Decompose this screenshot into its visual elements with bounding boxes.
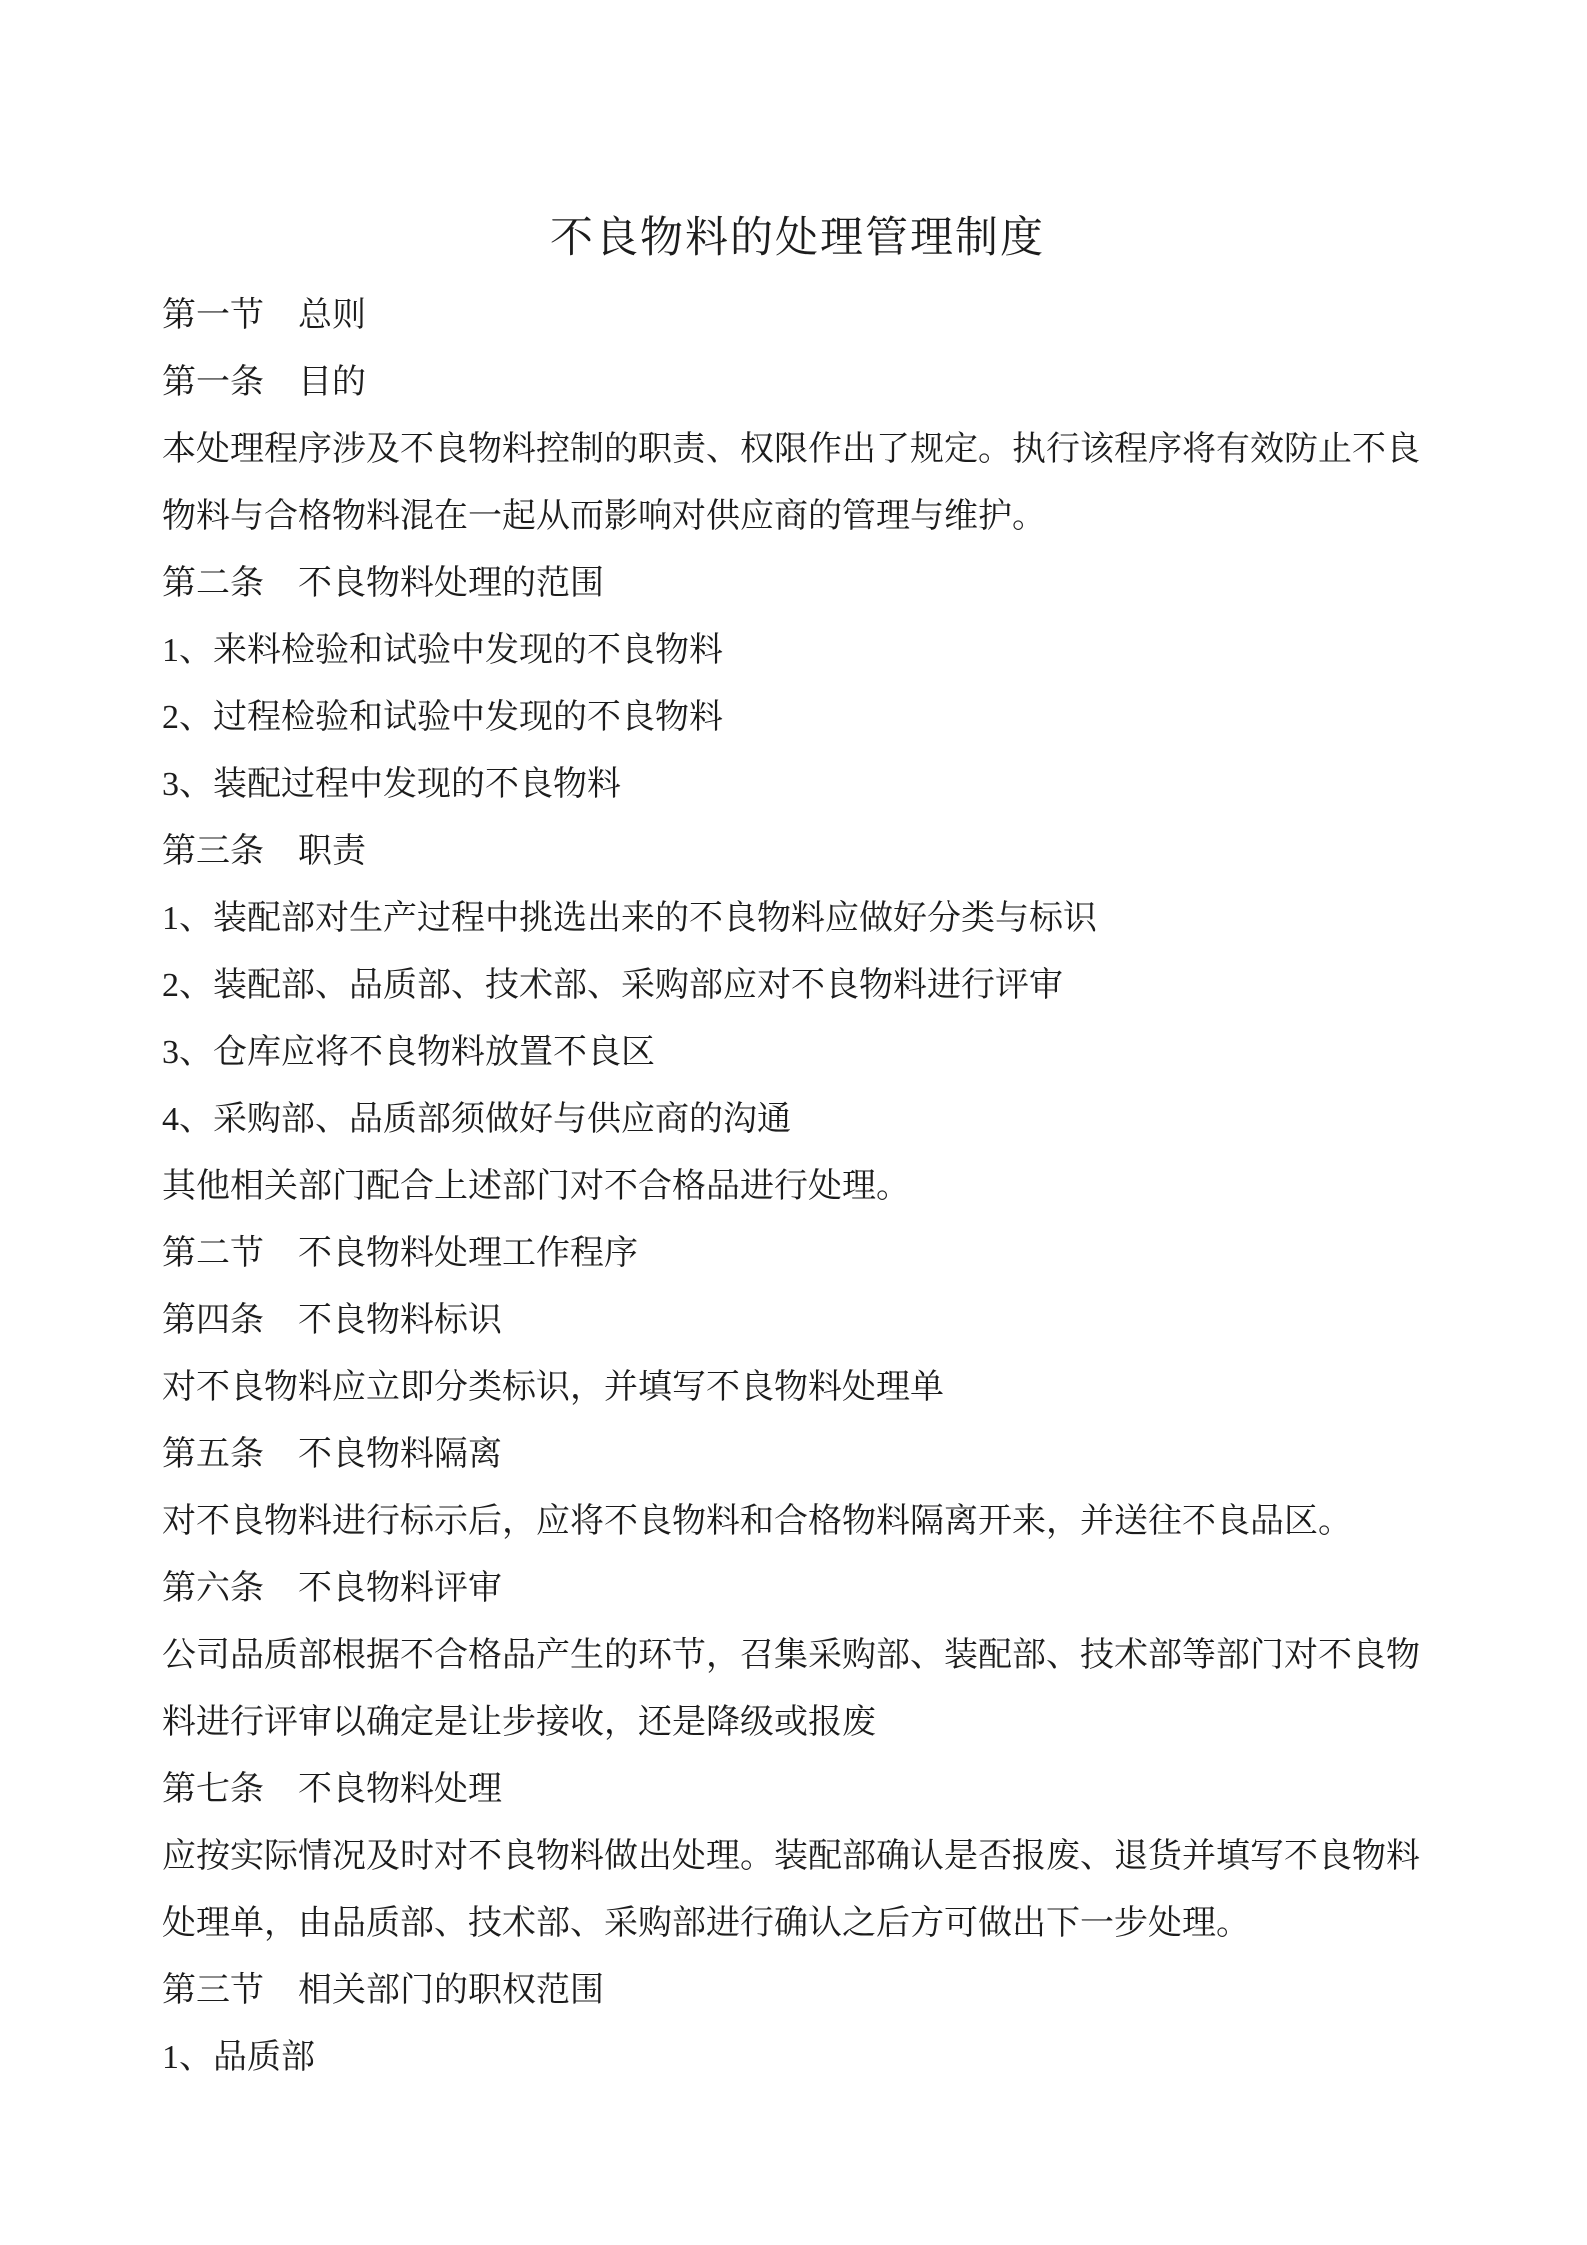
article-heading: 第一条 目的 (162, 349, 1433, 416)
section-heading: 第一节 总则 (162, 282, 1433, 349)
paragraph-text: 对不良物料进行标示后，应将不良物料和合格物料隔离开来，并送往不良品区。 (162, 1488, 1433, 1555)
article-heading: 第四条 不良物料标识 (162, 1287, 1433, 1354)
list-item: 1、品质部 (162, 2024, 1433, 2091)
paragraph-text: 本处理程序涉及不良物料控制的职责、权限作出了规定。执行该程序将有效防止不良 (162, 416, 1433, 483)
paragraph-text: 应按实际情况及时对不良物料做出处理。装配部确认是否报废、退货并填写不良物料 (162, 1823, 1433, 1890)
paragraph-text: 处理单，由品质部、技术部、采购部进行确认之后方可做出下一步处理。 (162, 1890, 1433, 1957)
article-heading: 第二条 不良物料处理的范围 (162, 550, 1433, 617)
paragraph-text: 物料与合格物料混在一起从而影响对供应商的管理与维护。 (162, 483, 1433, 550)
article-heading: 第五条 不良物料隔离 (162, 1421, 1433, 1488)
list-item: 1、装配部对生产过程中挑选出来的不良物料应做好分类与标识 (162, 885, 1433, 952)
document-content: 不良物料的处理管理制度 第一节 总则 第一条 目的 本处理程序涉及不良物料控制的… (162, 0, 1433, 2091)
document-title: 不良物料的处理管理制度 (162, 215, 1433, 262)
list-item: 3、装配过程中发现的不良物料 (162, 751, 1433, 818)
list-item: 3、仓库应将不良物料放置不良区 (162, 1019, 1433, 1086)
paragraph-text: 对不良物料应立即分类标识，并填写不良物料处理单 (162, 1354, 1433, 1421)
paragraph-text: 公司品质部根据不合格品产生的环节，召集采购部、装配部、技术部等部门对不良物 (162, 1622, 1433, 1689)
article-heading: 第三条 职责 (162, 818, 1433, 885)
document-page: 不良物料的处理管理制度 第一节 总则 第一条 目的 本处理程序涉及不良物料控制的… (0, 0, 1587, 2245)
list-item: 2、过程检验和试验中发现的不良物料 (162, 684, 1433, 751)
article-heading: 第六条 不良物料评审 (162, 1555, 1433, 1622)
paragraph-text: 料进行评审以确定是让步接收，还是降级或报废 (162, 1689, 1433, 1756)
article-heading: 第七条 不良物料处理 (162, 1756, 1433, 1823)
list-item: 4、采购部、品质部须做好与供应商的沟通 (162, 1086, 1433, 1153)
list-item: 1、来料检验和试验中发现的不良物料 (162, 617, 1433, 684)
paragraph-text: 其他相关部门配合上述部门对不合格品进行处理。 (162, 1153, 1433, 1220)
section-heading: 第三节 相关部门的职权范围 (162, 1957, 1433, 2024)
list-item: 2、装配部、品质部、技术部、采购部应对不良物料进行评审 (162, 952, 1433, 1019)
section-heading: 第二节 不良物料处理工作程序 (162, 1220, 1433, 1287)
